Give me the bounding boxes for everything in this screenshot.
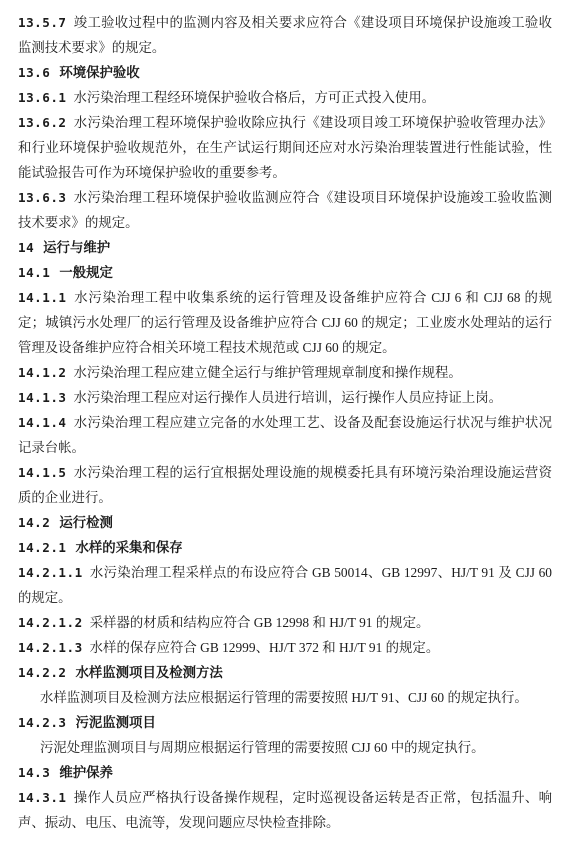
section-heading: 14.2运行检测 <box>18 510 552 535</box>
heading-text: 污泥监测项目 <box>76 715 156 730</box>
clause-paragraph: 14.1.4水污染治理工程应建立完备的水处理工艺、设备及配套设施运行状况与维护状… <box>18 410 552 460</box>
clause-number: 14.1.4 <box>18 415 67 430</box>
heading-text: 一般规定 <box>59 265 113 280</box>
section-heading: 14.1一般规定 <box>18 260 552 285</box>
clause-paragraph: 14.1.1水污染治理工程中收集系统的运行管理及设备维护应符合 CJJ 6 和 … <box>18 285 552 360</box>
document-body: 13.5.7竣工验收过程中的监测内容及相关要求应符合《建设项目环境保护设施竣工验… <box>18 10 552 835</box>
clause-paragraph: 13.6.2水污染治理工程环境保护验收除应执行《建设项目竣工环境保护验收管理办法… <box>18 110 552 185</box>
section-heading: 14运行与维护 <box>18 235 552 260</box>
clause-number: 13.6.2 <box>18 115 67 130</box>
section-number: 14.2.2 <box>18 665 67 680</box>
heading-text: 水样的采集和保存 <box>76 540 183 555</box>
clause-number: 13.6.3 <box>18 190 67 205</box>
paragraph-text: 水污染治理工程的运行宜根据处理设施的规模委托具有环境污染治理设施运营资质的企业进… <box>18 465 552 505</box>
paragraph-text: 操作人员应严格执行设备操作规程，定时巡视设备运转是否正常，包括温升、响声、振动、… <box>18 790 552 830</box>
paragraph-text: 水污染治理工程环境保护验收除应执行《建设项目竣工环境保护验收管理办法》和行业环境… <box>18 115 552 180</box>
section-number: 14.1 <box>18 265 50 280</box>
clause-paragraph: 13.5.7竣工验收过程中的监测内容及相关要求应符合《建设项目环境保护设施竣工验… <box>18 10 552 60</box>
clause-number: 14.1.2 <box>18 365 67 380</box>
section-number: 14.2 <box>18 515 50 530</box>
paragraph-text: 水污染治理工程应建立完备的水处理工艺、设备及配套设施运行状况与维护状况记录台帐。 <box>18 415 552 455</box>
clause-paragraph: 14.1.2水污染治理工程应建立健全运行与维护管理规章制度和操作规程。 <box>18 360 552 385</box>
clause-paragraph: 14.2.1.3水样的保存应符合 GB 12999、HJ/T 372 和 HJ/… <box>18 635 552 660</box>
paragraph-text: 竣工验收过程中的监测内容及相关要求应符合《建设项目环境保护设施竣工验收监测技术要… <box>18 15 552 55</box>
clause-paragraph: 14.2.1.2采样器的材质和结构应符合 GB 12998 和 HJ/T 91 … <box>18 610 552 635</box>
section-number: 14.3 <box>18 765 50 780</box>
clause-paragraph: 13.6.1水污染治理工程经环境保护验收合格后，方可正式投入使用。 <box>18 85 552 110</box>
clause-number: 13.6.1 <box>18 90 67 105</box>
indented-paragraph: 污泥处理监测项目与周期应根据运行管理的需要按照 CJJ 60 中的规定执行。 <box>18 735 552 760</box>
clause-number: 14.2.1.2 <box>18 615 83 630</box>
paragraph-text: 采样器的材质和结构应符合 GB 12998 和 HJ/T 91 的规定。 <box>90 615 430 630</box>
section-number: 14.2.1 <box>18 540 67 555</box>
section-heading: 13.6环境保护验收 <box>18 60 552 85</box>
paragraph-text: 污泥处理监测项目与周期应根据运行管理的需要按照 CJJ 60 中的规定执行。 <box>40 740 485 755</box>
paragraph-text: 水污染治理工程应对运行操作人员进行培训，运行操作人员应持证上岗。 <box>74 390 503 405</box>
indented-paragraph: 水样监测项目及检测方法应根据运行管理的需要按照 HJ/T 91、CJJ 60 的… <box>18 685 552 710</box>
clause-number: 14.3.1 <box>18 790 67 805</box>
paragraph-text: 水污染治理工程环境保护验收监测应符合《建设项目环境保护设施竣工验收监测技术要求》… <box>18 190 552 230</box>
clause-paragraph: 14.2.1.1水污染治理工程采样点的布设应符合 GB 50014、GB 129… <box>18 560 552 610</box>
paragraph-text: 水污染治理工程应建立健全运行与维护管理规章制度和操作规程。 <box>74 365 462 380</box>
section-heading: 14.3维护保养 <box>18 760 552 785</box>
section-heading: 14.2.1水样的采集和保存 <box>18 535 552 560</box>
document-page: 13.5.7竣工验收过程中的监测内容及相关要求应符合《建设项目环境保护设施竣工验… <box>0 0 562 851</box>
section-number: 14 <box>18 240 34 255</box>
clause-paragraph: 14.1.3水污染治理工程应对运行操作人员进行培训，运行操作人员应持证上岗。 <box>18 385 552 410</box>
clause-paragraph: 14.1.5水污染治理工程的运行宜根据处理设施的规模委托具有环境污染治理设施运营… <box>18 460 552 510</box>
clause-paragraph: 14.3.1操作人员应严格执行设备操作规程，定时巡视设备运转是否正常，包括温升、… <box>18 785 552 835</box>
clause-number: 13.5.7 <box>18 15 67 30</box>
heading-text: 维护保养 <box>59 765 113 780</box>
heading-text: 环境保护验收 <box>59 65 139 80</box>
clause-number: 14.1.3 <box>18 390 67 405</box>
clause-number: 14.1.1 <box>18 290 67 305</box>
clause-number: 14.1.5 <box>18 465 67 480</box>
section-heading: 14.2.3污泥监测项目 <box>18 710 552 735</box>
section-number: 13.6 <box>18 65 50 80</box>
section-number: 14.2.3 <box>18 715 67 730</box>
paragraph-text: 水污染治理工程中收集系统的运行管理及设备维护应符合 CJJ 6 和 CJJ 68… <box>18 290 552 355</box>
clause-number: 14.2.1.3 <box>18 640 83 655</box>
paragraph-text: 水污染治理工程经环境保护验收合格后，方可正式投入使用。 <box>74 90 436 105</box>
paragraph-text: 水样的保存应符合 GB 12999、HJ/T 372 和 HJ/T 91 的规定… <box>90 640 440 655</box>
paragraph-text: 水样监测项目及检测方法应根据运行管理的需要按照 HJ/T 91、CJJ 60 的… <box>40 690 528 705</box>
heading-text: 水样监测项目及检测方法 <box>76 665 223 680</box>
section-heading: 14.2.2水样监测项目及检测方法 <box>18 660 552 685</box>
heading-text: 运行与维护 <box>43 240 110 255</box>
paragraph-text: 水污染治理工程采样点的布设应符合 GB 50014、GB 12997、HJ/T … <box>18 565 552 605</box>
heading-text: 运行检测 <box>59 515 113 530</box>
clause-paragraph: 13.6.3水污染治理工程环境保护验收监测应符合《建设项目环境保护设施竣工验收监… <box>18 185 552 235</box>
clause-number: 14.2.1.1 <box>18 565 83 580</box>
